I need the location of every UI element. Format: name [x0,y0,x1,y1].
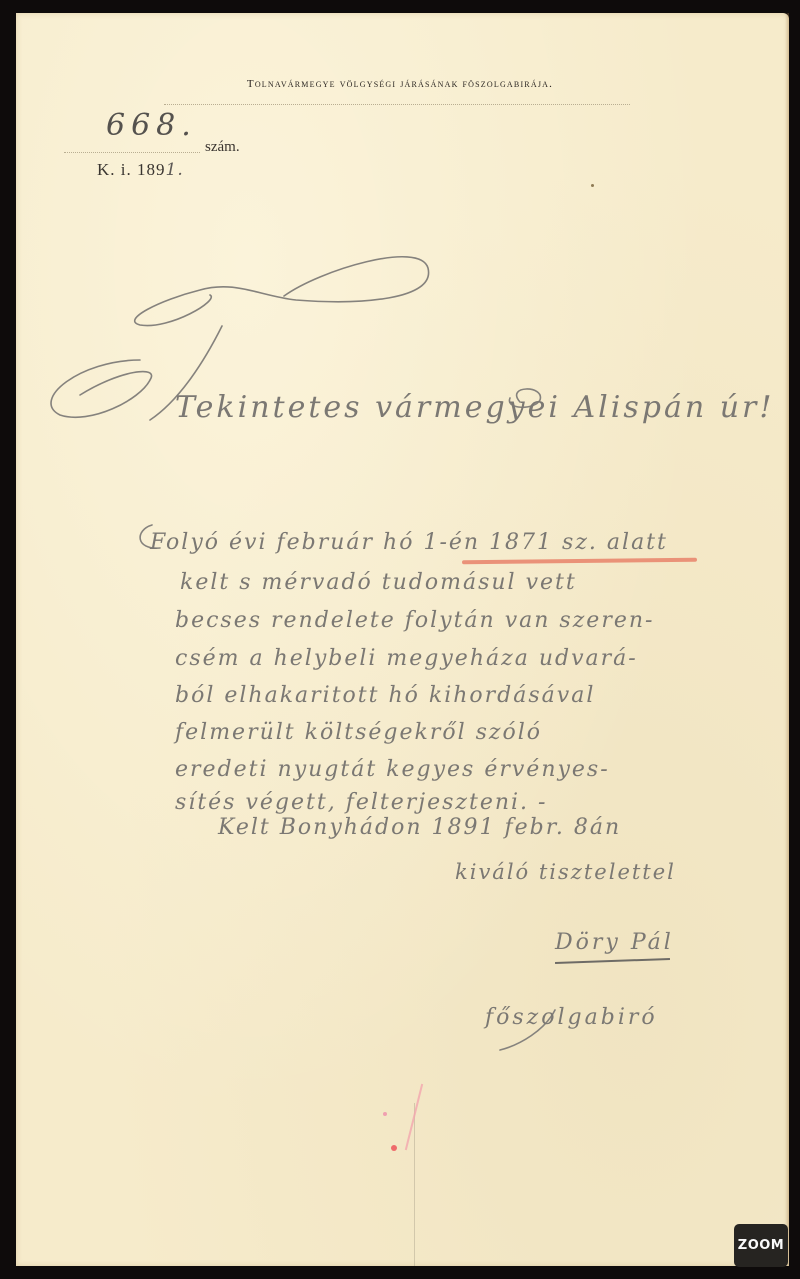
body-line: Folyó évi február hó 1-én 1871 sz. alatt [150,530,668,555]
paper-speck [591,184,594,187]
dated-line: Kelt Bonyhádon 1891 febr. 8án [218,815,621,840]
body-line: ból elhakaritott hó kihordásával [175,683,595,708]
red-ink-mark [391,1145,397,1151]
calligraphic-flourish-icon [0,0,800,1279]
body-line: becses rendelete folytán van szeren- [175,608,654,633]
closing-phrase: kiváló tisztelettel [455,860,676,884]
signature-title: főszolgabiró [485,1005,658,1030]
body-line: kelt s mérvadó tudomásul vett [180,570,577,595]
red-ink-mark [383,1112,387,1116]
body-line: csém a helybeli megyeháza udvará- [175,646,638,671]
zoom-label: ZOOM [738,1238,784,1253]
body-line: sítés végett, felterjeszteni. - [175,790,547,815]
zoom-watermark[interactable]: ZOOM [734,1224,788,1267]
body-line: felmerült költségekről szóló [175,720,542,745]
salutation: Tekintetes vármegyei Alispán úr! [175,390,774,425]
body-line: eredeti nyugtát kegyes érvényes- [175,757,610,782]
signature: Döry Pál [555,930,674,955]
